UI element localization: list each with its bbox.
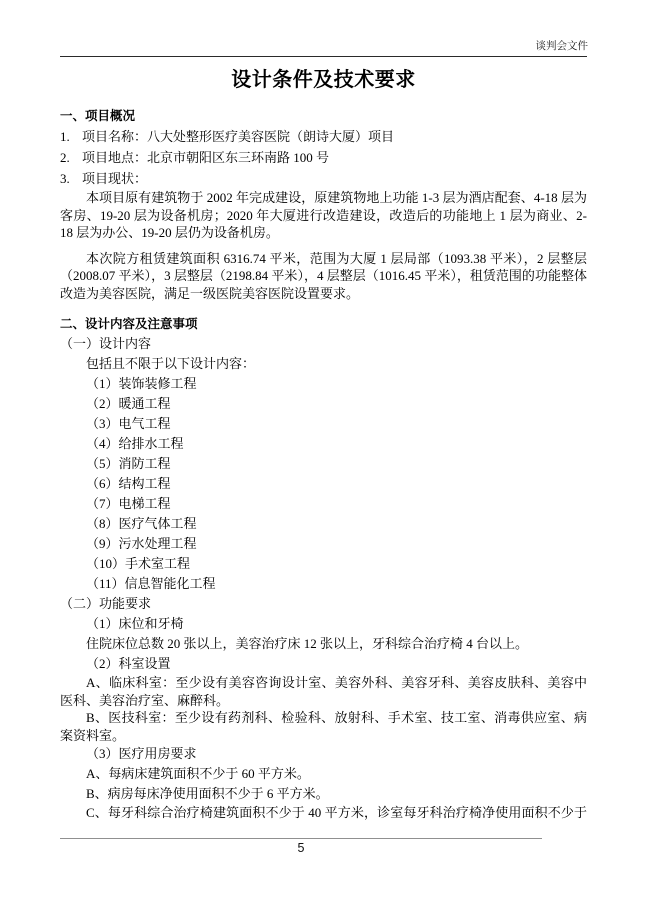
list-item: （2）科室设置 bbox=[60, 654, 587, 674]
document-body: 设计条件及技术要求 一、项目概况 1.项目名称：八大处整形医疗美容医院（朗诗大厦… bbox=[60, 66, 587, 822]
list-item: （3）电气工程 bbox=[60, 414, 587, 434]
subsection-heading: （二）功能要求 bbox=[60, 594, 587, 614]
list-item: （1）床位和牙椅 bbox=[60, 614, 587, 634]
item-text: 项目现状： bbox=[82, 171, 147, 186]
list-item: （4）给排水工程 bbox=[60, 434, 587, 454]
page-number: 5 bbox=[60, 841, 542, 855]
header-rule bbox=[60, 56, 587, 57]
header-doc-type-label: 谈判会文件 bbox=[536, 40, 589, 54]
numbered-item: 3.项目现状： bbox=[60, 168, 587, 189]
subsection-heading: （一）设计内容 bbox=[60, 334, 587, 354]
list-item: （5）消防工程 bbox=[60, 454, 587, 474]
page-title: 设计条件及技术要求 bbox=[60, 66, 587, 94]
list-item: （1）装饰装修工程 bbox=[60, 374, 587, 394]
list-item: （11）信息智能化工程 bbox=[60, 574, 587, 594]
list-item: （8）医疗气体工程 bbox=[60, 514, 587, 534]
document-page: 谈判会文件 设计条件及技术要求 一、项目概况 1.项目名称：八大处整形医疗美容医… bbox=[0, 0, 645, 912]
numbered-item: 1.项目名称：八大处整形医疗美容医院（朗诗大厦）项目 bbox=[60, 126, 587, 147]
item-number: 1. bbox=[60, 126, 82, 147]
item-number: 2. bbox=[60, 147, 82, 168]
list-item: （6）结构工程 bbox=[60, 474, 587, 494]
body-line: B、病房每床净使用面积不少于 6 平方米。 bbox=[60, 784, 587, 804]
list-intro: 包括且不限于以下设计内容： bbox=[60, 354, 587, 374]
paragraph: B、医技科室：至少设有药剂科、检验科、放射科、手术室、技工室、消毒供应室、病案资… bbox=[60, 709, 587, 744]
list-item: （3）医疗用房要求 bbox=[60, 744, 587, 764]
numbered-item: 2.项目地点：北京市朝阳区东三环南路 100 号 bbox=[60, 147, 587, 168]
paragraph: C、每牙科综合治疗椅建筑面积不少于 40 平方米，诊室每牙科治疗椅净使用面积不少… bbox=[60, 804, 587, 822]
item-text: 项目名称：八大处整形医疗美容医院（朗诗大厦）项目 bbox=[82, 129, 394, 144]
paragraph: A、临床科室：至少设有美容咨询设计室、美容外科、美容牙科、美容皮肤科、美容中医科… bbox=[60, 674, 587, 709]
paragraph: 本次院方租赁建筑面积 6316.74 平米，范围为大厦 1 层局部（1093.3… bbox=[60, 250, 587, 303]
paragraph: 本项目原有建筑物于 2002 年完成建设，原建筑物地上功能 1-3 层为酒店配套… bbox=[60, 189, 587, 242]
list-item: （10）手术室工程 bbox=[60, 554, 587, 574]
section-heading-1: 一、项目概况 bbox=[60, 106, 587, 126]
list-item: （2）暖通工程 bbox=[60, 394, 587, 414]
list-item: （7）电梯工程 bbox=[60, 494, 587, 514]
list-item: （9）污水处理工程 bbox=[60, 534, 587, 554]
body-line: 住院床位总数 20 张以上，美容治疗床 12 张以上，牙科综合治疗椅 4 台以上… bbox=[60, 634, 587, 654]
footer-rule bbox=[60, 838, 542, 839]
body-line: A、每病床建筑面积不少于 60 平方米。 bbox=[60, 764, 587, 784]
item-text: 项目地点：北京市朝阳区东三环南路 100 号 bbox=[82, 150, 329, 165]
item-number: 3. bbox=[60, 168, 82, 189]
section-heading-2: 二、设计内容及注意事项 bbox=[60, 314, 587, 334]
